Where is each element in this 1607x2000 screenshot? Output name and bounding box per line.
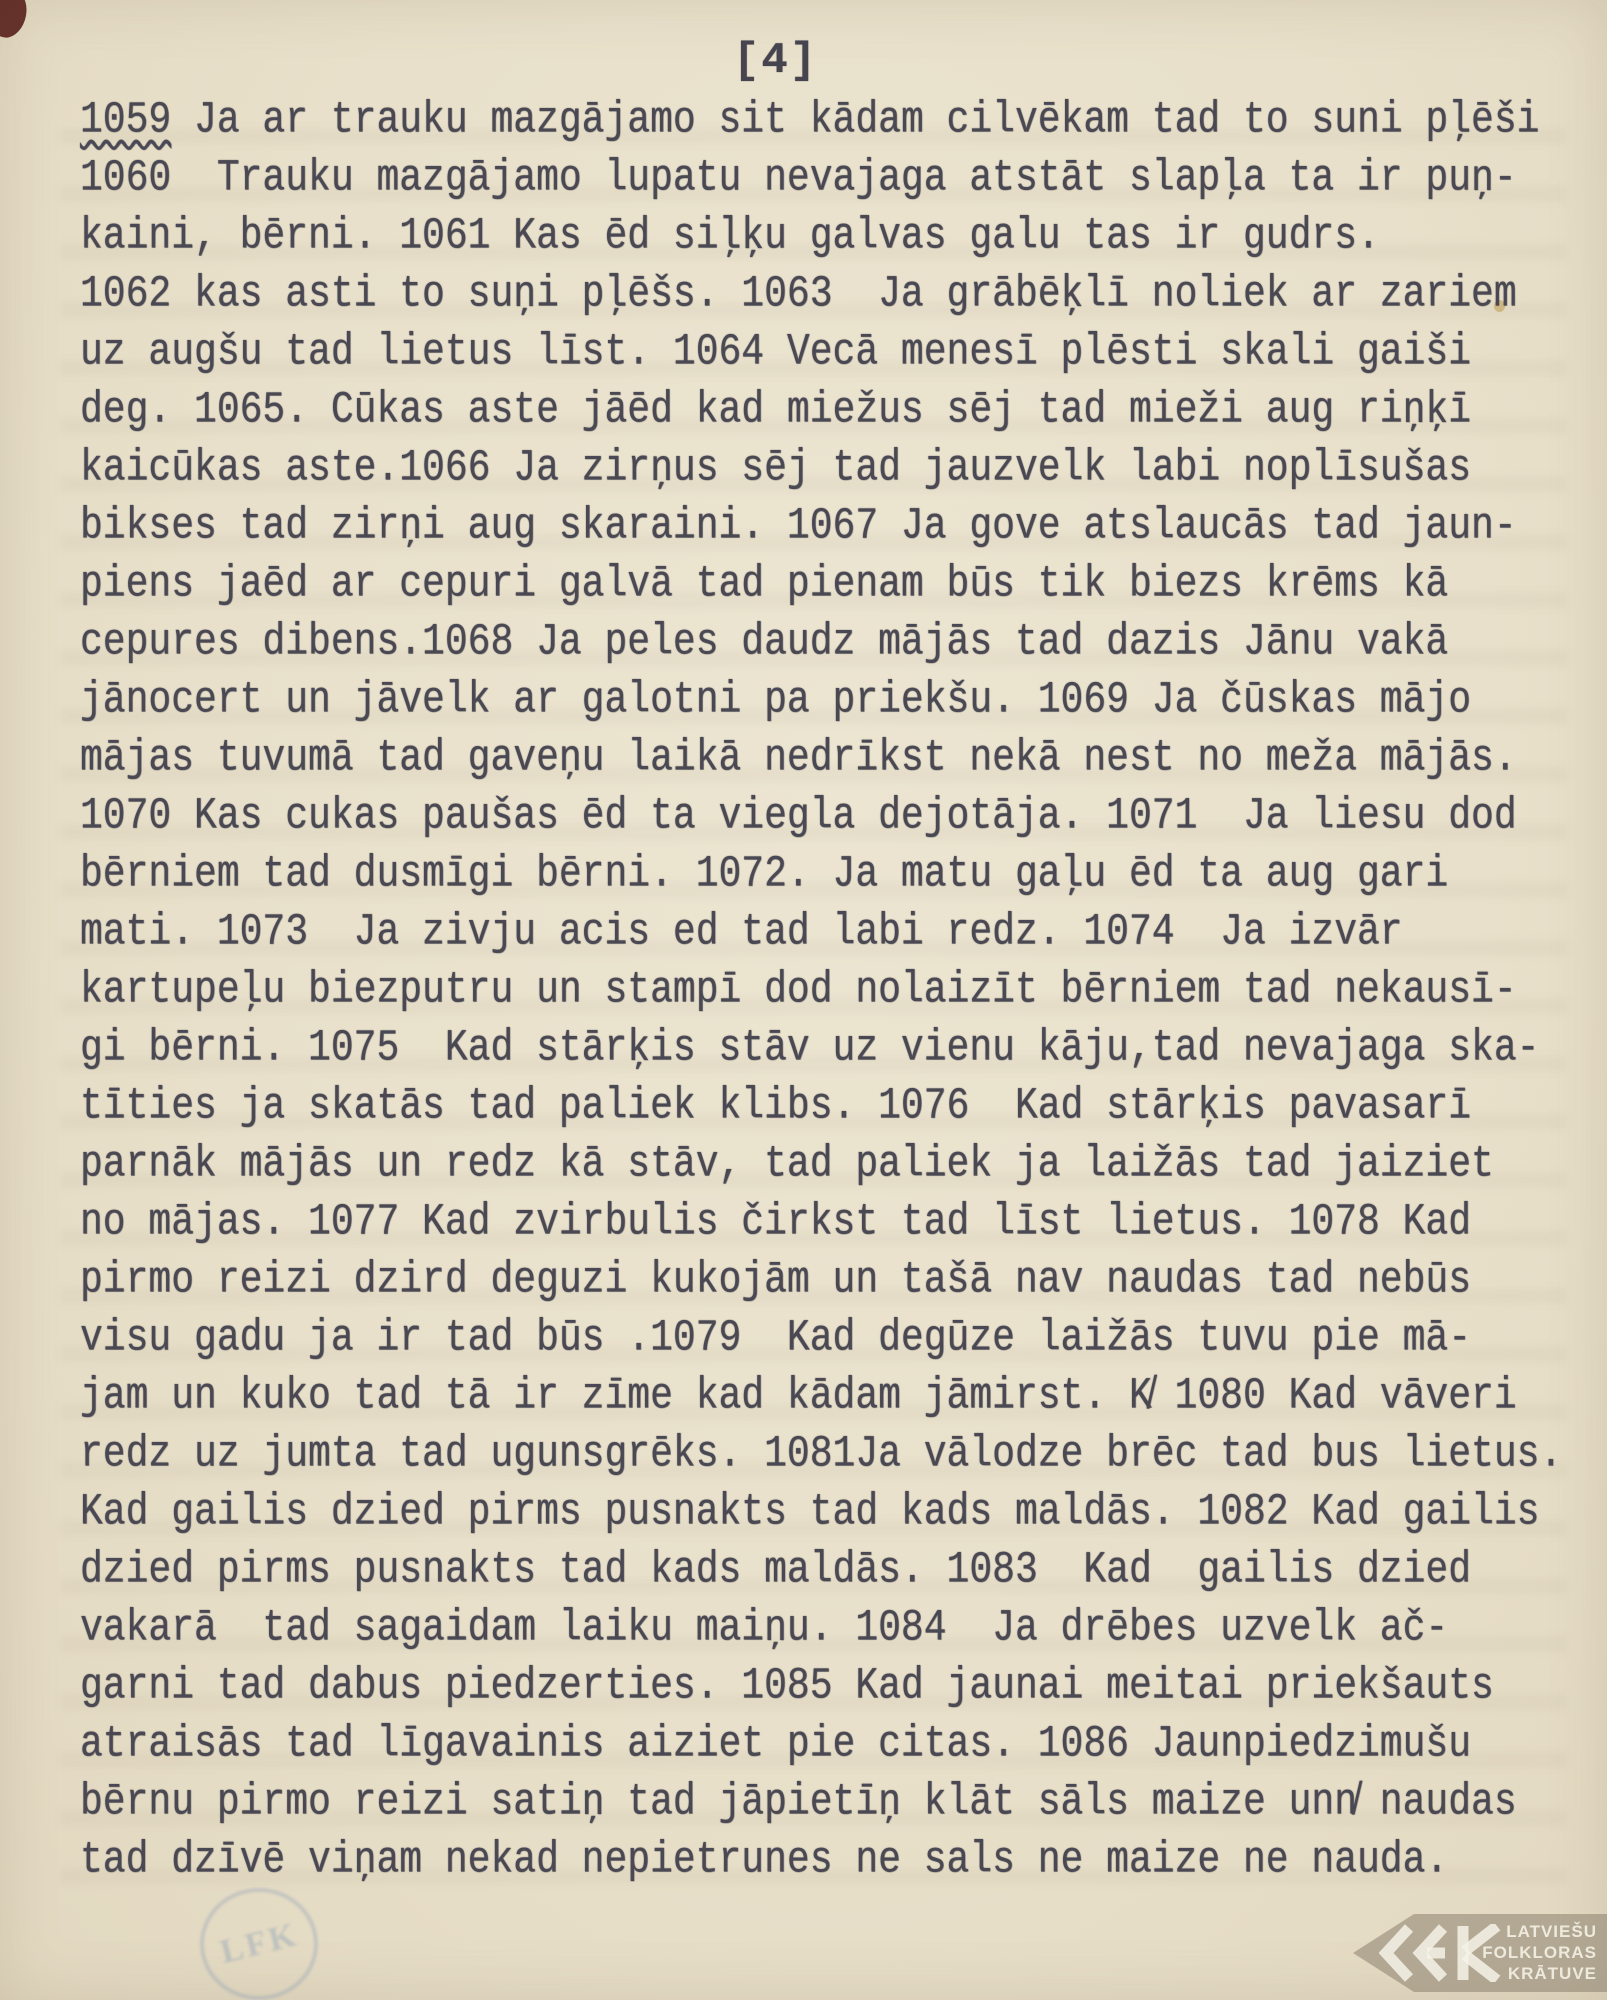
stamp-text: LFK bbox=[216, 1916, 302, 1972]
watermark-badge: LATVIEŠU FOLKLORAS KRĀTUVE bbox=[1353, 1914, 1607, 1992]
text-line: 1062 kas asti to suņi pļēšs. 1063 Ja grā… bbox=[80, 266, 1555, 324]
text-line: Kad gailis dzied pirms pusnakts tad kads… bbox=[80, 1484, 1555, 1542]
text-line: jam un kuko tad tā ir zīme kad kādam jām… bbox=[80, 1368, 1555, 1426]
text-line: 1060 Trauku mazgājamo lupatu nevajaga at… bbox=[80, 150, 1555, 208]
text-line: parnāk mājās un redz kā stāv, tad paliek… bbox=[80, 1136, 1555, 1194]
text-line: kartupeļu biezputru un stampī dod nolaiz… bbox=[80, 962, 1555, 1020]
text-line: 1059 Ja ar trauku mazgājamo sit kādam ci… bbox=[80, 92, 1555, 150]
watermark-line-2: FOLKLORAS bbox=[1482, 1942, 1597, 1963]
page-number: [4] bbox=[733, 36, 818, 86]
underlined-item-number: 1059 bbox=[80, 95, 171, 145]
text-line: visu gadu ja ir tad būs .1079 Kad degūze… bbox=[80, 1310, 1555, 1368]
text-line: cepures dibens.1068 Ja peles daudz mājās… bbox=[80, 614, 1555, 672]
text-line: dzied pirms pusnakts tad kads maldās. 10… bbox=[80, 1542, 1555, 1600]
lfk-stamp: LFK bbox=[200, 1888, 318, 2000]
text-line: no mājas. 1077 Kad zvirbulis čirkst tad … bbox=[80, 1194, 1555, 1252]
watermark-line-1: LATVIEŠU bbox=[1482, 1921, 1597, 1942]
text-line: jānocert un jāvelk ar galotni pa priekšu… bbox=[80, 672, 1555, 730]
text-line: 1070 Kas cukas paušas ēd ta viegla dejot… bbox=[80, 788, 1555, 846]
text-line: bikses tad zirņi aug skaraini. 1067 Ja g… bbox=[80, 498, 1555, 556]
text-line: bērnu pirmo reizi satiņ tad jāpietīņ klā… bbox=[80, 1774, 1555, 1832]
document-page: [4] 1059 Ja ar trauku mazgājamo sit kāda… bbox=[0, 0, 1607, 2000]
watermark-org-name: LATVIEŠU FOLKLORAS KRĀTUVE bbox=[1482, 1921, 1597, 1984]
text-line: kaicūkas aste.1066 Ja zirņus sēj tad jau… bbox=[80, 440, 1555, 498]
text-line: uz augšu tad lietus līst. 1064 Vecā mene… bbox=[80, 324, 1555, 382]
watermark-line-3: KRĀTUVE bbox=[1482, 1963, 1597, 1984]
text-line: gi bērni. 1075 Kad stārķis stāv uz vienu… bbox=[80, 1020, 1555, 1078]
text-line: mati. 1073 Ja zivju acis ed tad labi red… bbox=[80, 904, 1555, 962]
text-line: garni tad dabus piedzerties. 1085 Kad ja… bbox=[80, 1658, 1555, 1716]
text-lines: 1059 Ja ar trauku mazgājamo sit kādam ci… bbox=[80, 92, 1555, 1890]
text-line: pirmo reizi dzird deguzi kukojām un tašā… bbox=[80, 1252, 1555, 1310]
text-line: kaini, bērni. 1061 Kas ēd siļķu galvas g… bbox=[80, 208, 1555, 266]
text-line: redz uz jumta tad ugunsgrēks. 1081Ja vāl… bbox=[80, 1426, 1555, 1484]
text-line: piens jaēd ar cepuri galvā tad pienam bū… bbox=[80, 556, 1555, 614]
text-line: mājas tuvumā tad gaveņu laikā nedrīkst n… bbox=[80, 730, 1555, 788]
scan-corner-mark bbox=[0, 0, 33, 42]
text-line: atraisās tad līgavainis aiziet pie citas… bbox=[80, 1716, 1555, 1774]
text-line: deg. 1065. Cūkas aste jāēd kad miežus sē… bbox=[80, 382, 1555, 440]
text-line: tad dzīvē viņam nekad nepietrunes ne sal… bbox=[80, 1832, 1555, 1890]
text-line: bērniem tad dusmīgi bērni. 1072. Ja matu… bbox=[80, 846, 1555, 904]
text-line: vakarā tad sagaidam laiku maiņu. 1084 Ja… bbox=[80, 1600, 1555, 1658]
text-line: tīties ja skatās tad paliek klibs. 1076 … bbox=[80, 1078, 1555, 1136]
